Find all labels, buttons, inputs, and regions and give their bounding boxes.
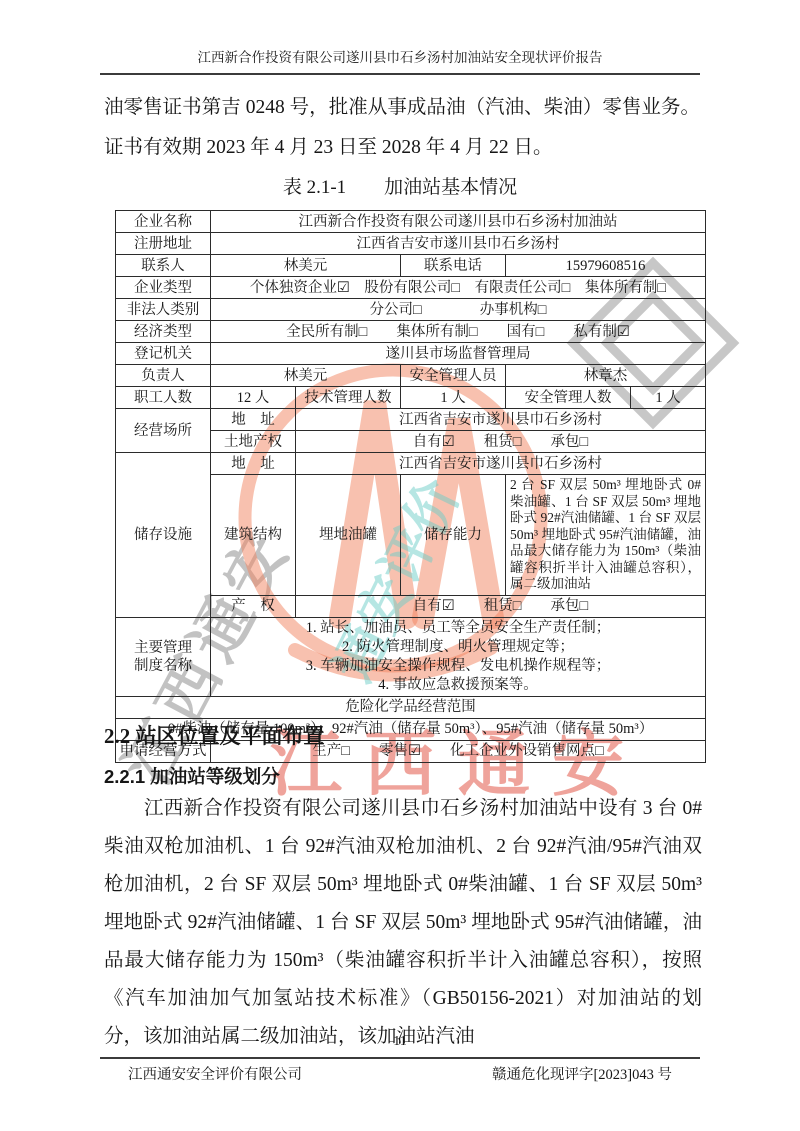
cell-economic-options: 全民所有制□ 集体所有制□ 国有□ 私有制☑ — [211, 321, 706, 343]
cell-storage-address: 江西省吉安市遂川县巾石乡汤村 — [296, 453, 706, 475]
cell-economic-label: 经济类型 — [116, 321, 211, 343]
page-number: 11 — [0, 1034, 800, 1050]
cell-mgmt-label: 主要管理 制度名称 — [116, 617, 211, 696]
cell-land-label: 土地产权 — [211, 431, 296, 453]
cell-company-name-label: 企业名称 — [116, 211, 211, 233]
mgmt-item: 4. 事故应急救援预案等。 — [213, 676, 703, 695]
cell-scope-header: 危险化学品经营范围 — [116, 696, 706, 718]
cell-company-type-label: 企业类型 — [116, 277, 211, 299]
table-row: 主要管理 制度名称 1. 站长、加油员、员工等全员安全生产责任制； 2. 防火管… — [116, 617, 706, 696]
mgmt-item: 3. 车辆加油安全操作规程、发电机操作规程等； — [213, 657, 703, 676]
cell-property-options: 自有☑ 租赁□ 承包□ — [296, 595, 706, 617]
cell-company-type-options: 个体独资企业☑ 股份有限公司□ 有限责任公司□ 集体所有制□ — [211, 277, 706, 299]
cell-capacity: 2 台 SF 双层 50m³ 埋地卧式 0#柴油罐、1 台 SF 双层 50m³… — [506, 475, 706, 596]
page-content: 江西新合作投资有限公司遂川县巾石乡汤村加油站安全现状评价报告 油零售证书第吉 0… — [0, 0, 800, 1131]
cell-reg-address: 江西省吉安市遂川县巾石乡汤村 — [211, 233, 706, 255]
table-row: 企业类型 个体独资企业☑ 股份有限公司□ 有限责任公司□ 集体所有制□ — [116, 277, 706, 299]
cell-property-label: 产 权 — [211, 595, 296, 617]
cell-phone: 15979608516 — [506, 255, 706, 277]
table-row: 企业名称 江西新合作投资有限公司遂川县巾石乡汤村加油站 — [116, 211, 706, 233]
cell-capacity-label: 储存能力 — [401, 475, 506, 596]
footer-row: 江西通安安全评价有限公司 赣通危化现评字[2023]043 号 — [100, 1063, 700, 1084]
cell-phone-label: 联系电话 — [401, 255, 506, 277]
cell-tech-label: 技术管理人数 — [296, 387, 401, 409]
section-heading-2-2: 2.2 站区位置及平面布置 — [104, 720, 325, 750]
cell-structure: 埋地油罐 — [296, 475, 401, 596]
cell-safety-mgr-label: 安全管理人员 — [401, 365, 506, 387]
footer-company: 江西通安安全评价有限公司 — [128, 1063, 302, 1084]
table-row: 注册地址 江西省吉安市遂川县巾石乡汤村 — [116, 233, 706, 255]
cell-premises-address: 江西省吉安市遂川县巾石乡汤村 — [296, 409, 706, 431]
mgmt-item: 1. 站长、加油员、员工等全员安全生产责任制； — [213, 619, 703, 638]
cell-safety-count-label: 安全管理人数 — [506, 387, 631, 409]
cell-safety-count: 1 人 — [631, 387, 706, 409]
cell-registry-label: 登记机关 — [116, 343, 211, 365]
table-title: 表 2.1-1 加油站基本情况 — [0, 172, 800, 199]
section-heading-2-2-1: 2.2.1 加油站等级划分 — [104, 763, 280, 789]
cell-safety-mgr: 林章杰 — [506, 365, 706, 387]
cell-structure-label: 建筑结构 — [211, 475, 296, 596]
cell-non-legal-label: 非法人类别 — [116, 299, 211, 321]
body-paragraph: 江西新合作投资有限公司遂川县巾石乡汤村加油站中设有 3 台 0#柴油双枪加油机、… — [104, 790, 702, 1056]
table-row: 职工人数 12 人 技术管理人数 1 人 安全管理人数 1 人 — [116, 387, 706, 409]
cell-tech: 1 人 — [401, 387, 506, 409]
table-row: 危险化学品经营范围 — [116, 696, 706, 718]
intro-paragraph: 油零售证书第吉 0248 号，批准从事成品油（汽油、柴油）零售业务。证书有效期 … — [104, 88, 700, 168]
cell-mgmt-items: 1. 站长、加油员、员工等全员安全生产责任制； 2. 防火管理制度、明火管理规定… — [211, 617, 706, 696]
cell-contact-label: 联系人 — [116, 255, 211, 277]
cell-staff-label: 职工人数 — [116, 387, 211, 409]
footer-rule — [100, 1057, 700, 1059]
table-row: 非法人类别 分公司□ 办事机构□ — [116, 299, 706, 321]
cell-staff: 12 人 — [211, 387, 296, 409]
basic-info-table: 企业名称 江西新合作投资有限公司遂川县巾石乡汤村加油站 注册地址 江西省吉安市遂… — [115, 210, 706, 763]
cell-storage-label: 储存设施 — [116, 453, 211, 618]
cell-registry: 遂川县市场监督管理局 — [211, 343, 706, 365]
cell-premises-address-label: 地 址 — [211, 409, 296, 431]
table-row: 负责人 林美元 安全管理人员 林章杰 — [116, 365, 706, 387]
table-row: 经营场所 地 址 江西省吉安市遂川县巾石乡汤村 — [116, 409, 706, 431]
table-row: 储存设施 地 址 江西省吉安市遂川县巾石乡汤村 — [116, 453, 706, 475]
cell-land-options: 自有☑ 租赁□ 承包□ — [296, 431, 706, 453]
table-row: 经济类型 全民所有制□ 集体所有制□ 国有□ 私有制☑ — [116, 321, 706, 343]
cell-premises-label: 经营场所 — [116, 409, 211, 453]
cell-company-name: 江西新合作投资有限公司遂川县巾石乡汤村加油站 — [211, 211, 706, 233]
report-header: 江西新合作投资有限公司遂川县巾石乡汤村加油站安全现状评价报告 — [100, 46, 700, 75]
cell-principal: 林美元 — [211, 365, 401, 387]
cell-principal-label: 负责人 — [116, 365, 211, 387]
report-page: 江西通安 通安评价 江西通安 江西新合作投资有限公司遂川县巾石乡汤村加油站安全现… — [0, 0, 800, 1131]
cell-storage-address-label: 地 址 — [211, 453, 296, 475]
basic-info-table-wrap: 企业名称 江西新合作投资有限公司遂川县巾石乡汤村加油站 注册地址 江西省吉安市遂… — [115, 210, 706, 763]
table-row: 联系人 林美元 联系电话 15979608516 — [116, 255, 706, 277]
cell-non-legal-options: 分公司□ 办事机构□ — [211, 299, 706, 321]
cell-reg-address-label: 注册地址 — [116, 233, 211, 255]
footer-doc-number: 赣通危化现评字[2023]043 号 — [492, 1063, 672, 1084]
mgmt-item: 2. 防火管理制度、明火管理规定等； — [213, 638, 703, 657]
table-row: 登记机关 遂川县市场监督管理局 — [116, 343, 706, 365]
cell-contact: 林美元 — [211, 255, 401, 277]
